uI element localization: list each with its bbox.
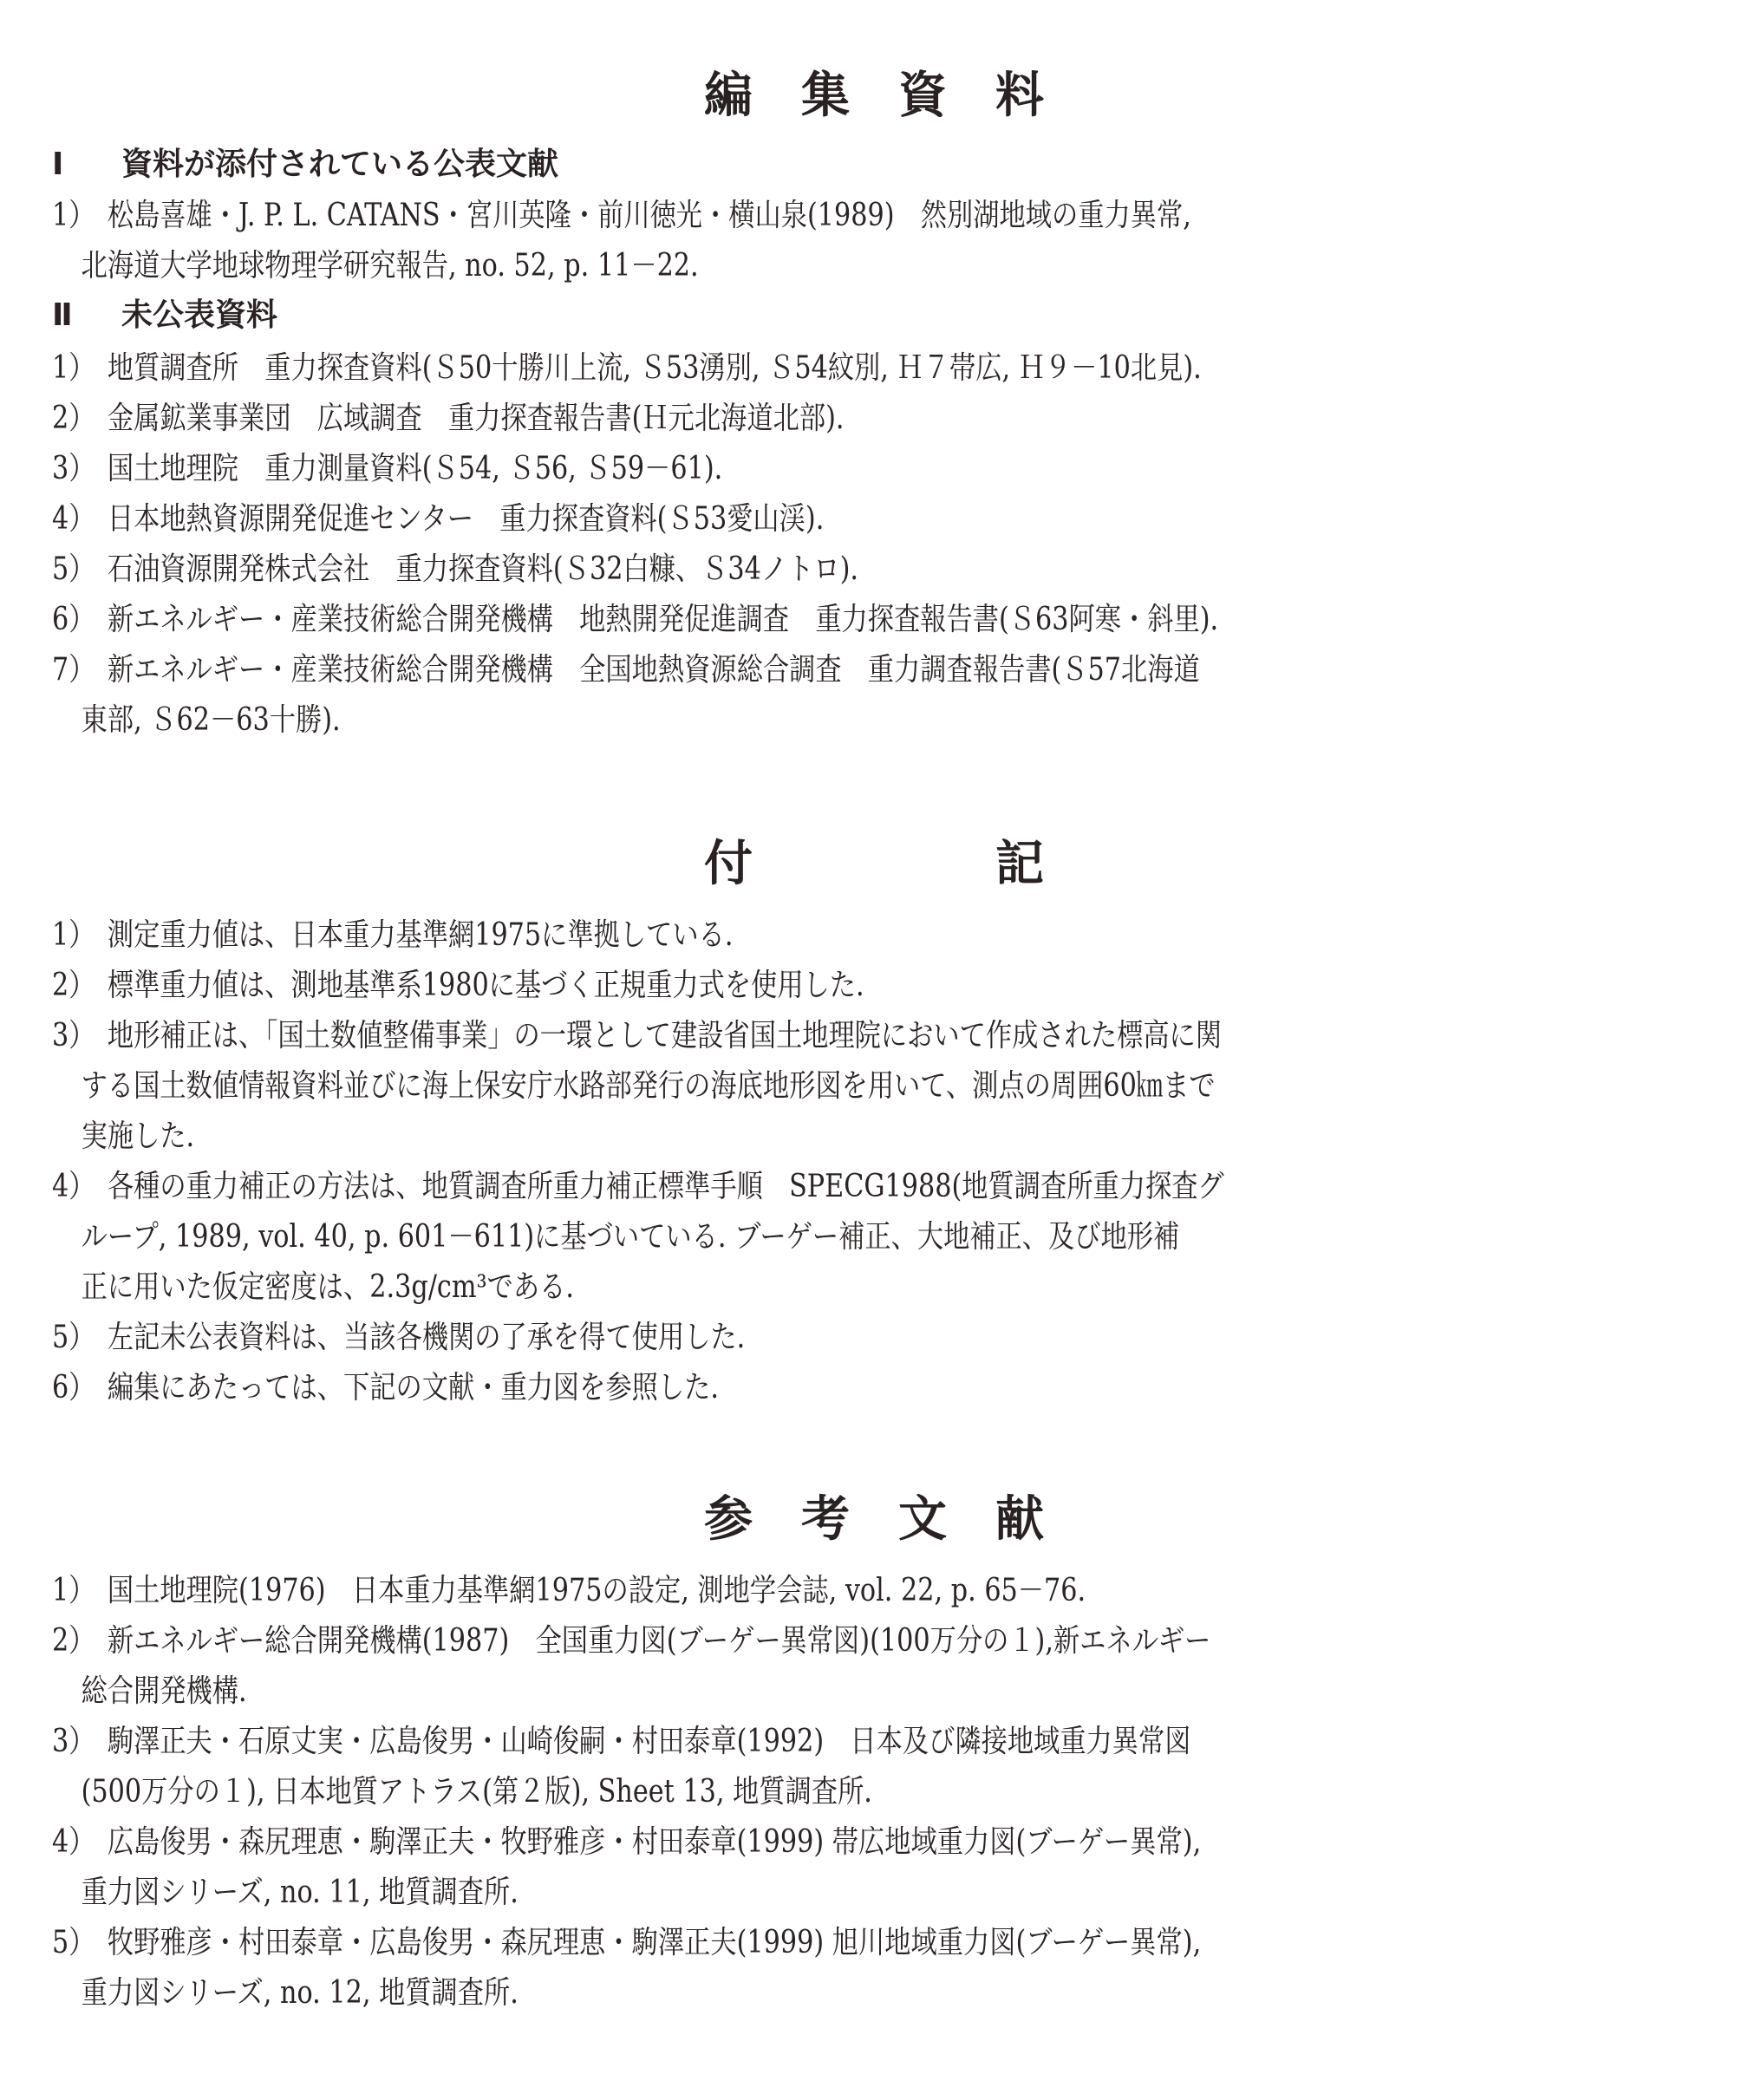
item-line: 5）牧野雅彦・村田泰章・広島俊男・森尻理恵・駒澤正夫(1999) 旭川地域重力図… bbox=[52, 1918, 1436, 1968]
item-line: 実施した. bbox=[52, 1112, 1436, 1162]
unpublished-item-5: 5）石油資源開発株式会社 重力探査資料(Ｓ32白糠、Ｓ34ノトロ). bbox=[52, 545, 1699, 595]
item-index: 2） bbox=[52, 961, 108, 1011]
item-line: 重力図シリーズ, no. 12, 地質調査所. bbox=[52, 1968, 1436, 2018]
note-item-5: 5）左記未公表資料は、当該各機関の了承を得て使用した. bbox=[52, 1313, 1699, 1363]
item-text: 金属鉱業事業団 広域調査 重力探査報告書(Ｈ元北海道北部). bbox=[108, 401, 845, 436]
item-line: 総合開発機構. bbox=[52, 1666, 1436, 1717]
section-title-notes: 付 記 bbox=[0, 834, 1748, 895]
item-text: 駒澤正夫・石原丈実・広島俊男・山崎俊嗣・村田泰章(1992) 日本及び隣接地域重… bbox=[108, 1724, 1191, 1759]
item-index: 3） bbox=[52, 444, 108, 494]
item-index: 6） bbox=[52, 1363, 108, 1413]
item-text: 松島喜雄・J. P. L. CATANS・宮川英隆・前川徳光・横山泉(1989)… bbox=[108, 198, 1191, 233]
item-index: 5） bbox=[52, 1313, 108, 1363]
subheading-label: 資料が添付されている公表文献 bbox=[121, 147, 558, 182]
item-index: 1） bbox=[52, 1566, 108, 1616]
item-text: 標準重力値は、測地基準系1980に基づく正規重力式を使用した. bbox=[108, 968, 864, 1003]
item-text: 広島俊男・森尻理恵・駒澤正夫・牧野雅彦・村田泰章(1999) 帯広地域重力図(ブ… bbox=[108, 1824, 1201, 1860]
item-text: 日本地熱資源開発促進センター 重力探査資料(Ｓ53愛山渓). bbox=[108, 501, 824, 537]
reference-item-2: 2）新エネルギー総合開発機構(1987) 全国重力図(ブーゲー異常図)(100万… bbox=[52, 1616, 1699, 1717]
note-item-1: 1）測定重力値は、日本重力基準網1975に準拠している. bbox=[52, 910, 1699, 961]
item-index: 5） bbox=[52, 1918, 108, 1968]
item-line: 4）各種の重力補正の方法は、地質調査所重力補正標準手順 SPECG1988(地質… bbox=[52, 1162, 1436, 1212]
item-line: 4）日本地熱資源開発促進センター 重力探査資料(Ｓ53愛山渓). bbox=[52, 494, 1436, 545]
note-item-4: 4）各種の重力補正の方法は、地質調査所重力補正標準手順 SPECG1988(地質… bbox=[52, 1162, 1699, 1313]
item-text: 牧野雅彦・村田泰章・広島俊男・森尻理恵・駒澤正夫(1999) 旭川地域重力図(ブ… bbox=[108, 1925, 1201, 1960]
item-index: 1） bbox=[52, 910, 108, 961]
item-line: 東部, Ｓ62－63十勝). bbox=[52, 695, 1436, 746]
item-line: 1）国土地理院(1976) 日本重力基準網1975の設定, 測地学会誌, vol… bbox=[52, 1566, 1436, 1616]
item-index: 1） bbox=[52, 343, 108, 394]
item-text: 各種の重力補正の方法は、地質調査所重力補正標準手順 SPECG1988(地質調査… bbox=[108, 1169, 1224, 1204]
subheading-unpublished-materials: Ⅱ未公表資料 bbox=[52, 295, 277, 336]
item-index: 4） bbox=[52, 1817, 108, 1868]
item-index: 2） bbox=[52, 1616, 108, 1666]
note-item-6: 6）編集にあたっては、下記の文献・重力図を参照した. bbox=[52, 1363, 1699, 1413]
unpublished-item-3: 3）国土地理院 重力測量資料(Ｓ54, Ｓ56, Ｓ59－61). bbox=[52, 444, 1699, 494]
item-index: 6） bbox=[52, 595, 108, 645]
item-index: 2） bbox=[52, 394, 108, 444]
item-index: 1） bbox=[52, 191, 108, 241]
item-line: 7）新エネルギー・産業技術総合開発機構 全国地熱資源総合調査 重力調査報告書(Ｓ… bbox=[52, 645, 1436, 695]
item-line: 北海道大学地球物理学研究報告, no. 52, p. 11－22. bbox=[52, 241, 1436, 291]
item-line: 6）新エネルギー・産業技術総合開発機構 地熱開発促進調査 重力探査報告書(Ｓ63… bbox=[52, 595, 1436, 645]
item-index: 4） bbox=[52, 494, 108, 545]
unpublished-item-7: 7）新エネルギー・産業技術総合開発機構 全国地熱資源総合調査 重力調査報告書(Ｓ… bbox=[52, 645, 1699, 746]
item-text: 地形補正は、「国土数値整備事業」の一環として建設省国土地理院において作成された標… bbox=[108, 1018, 1222, 1053]
unpublished-item-1: 1）地質調査所 重力探査資料(Ｓ50十勝川上流, Ｓ53湧別, Ｓ54紋別, Ｈ… bbox=[52, 343, 1699, 394]
item-line: 2）標準重力値は、測地基準系1980に基づく正規重力式を使用した. bbox=[52, 961, 1436, 1011]
item-text: 石油資源開発株式会社 重力探査資料(Ｓ32白糠、Ｓ34ノトロ). bbox=[108, 551, 858, 587]
item-line: 5）石油資源開発株式会社 重力探査資料(Ｓ32白糠、Ｓ34ノトロ). bbox=[52, 545, 1436, 595]
section-title-edit-materials: 編 集 資 料 bbox=[0, 66, 1748, 127]
unpublished-item-2: 2）金属鉱業事業団 広域調査 重力探査報告書(Ｈ元北海道北部). bbox=[52, 394, 1699, 444]
reference-item-3: 3）駒澤正夫・石原丈実・広島俊男・山崎俊嗣・村田泰章(1992) 日本及び隣接地… bbox=[52, 1717, 1699, 1817]
item-line: 2）金属鉱業事業団 広域調査 重力探査報告書(Ｈ元北海道北部). bbox=[52, 394, 1436, 444]
item-line: 3）国土地理院 重力測量資料(Ｓ54, Ｓ56, Ｓ59－61). bbox=[52, 444, 1436, 494]
published-item-1: 1）松島喜雄・J. P. L. CATANS・宮川英隆・前川徳光・横山泉(198… bbox=[52, 191, 1699, 291]
reference-item-4: 4）広島俊男・森尻理恵・駒澤正夫・牧野雅彦・村田泰章(1999) 帯広地域重力図… bbox=[52, 1817, 1699, 1918]
item-text: 国土地理院(1976) 日本重力基準網1975の設定, 測地学会誌, vol. … bbox=[108, 1573, 1086, 1608]
item-line: 正に用いた仮定密度は、2.3g/cm³である. bbox=[52, 1262, 1436, 1313]
item-text: 新エネルギー・産業技術総合開発機構 地熱開発促進調査 重力探査報告書(Ｓ63阿寒… bbox=[108, 602, 1218, 637]
item-line: 重力図シリーズ, no. 11, 地質調査所. bbox=[52, 1868, 1436, 1918]
item-index: 3） bbox=[52, 1011, 108, 1061]
item-line: (500万分の１), 日本地質アトラス(第２版), Sheet 13, 地質調査… bbox=[52, 1767, 1436, 1817]
subheading-label: 未公表資料 bbox=[121, 297, 277, 333]
note-item-3: 3）地形補正は、「国土数値整備事業」の一環として建設省国土地理院において作成され… bbox=[52, 1011, 1699, 1162]
note-item-2: 2）標準重力値は、測地基準系1980に基づく正規重力式を使用した. bbox=[52, 961, 1699, 1011]
item-text: 左記未公表資料は、当該各機関の了承を得て使用した. bbox=[108, 1320, 745, 1355]
item-text: 測定重力値は、日本重力基準網1975に準拠している. bbox=[108, 917, 734, 953]
item-line: 3）地形補正は、「国土数値整備事業」の一環として建設省国土地理院において作成され… bbox=[52, 1011, 1436, 1061]
item-line: する国土数値情報資料並びに海上保安庁水路部発行の海底地形図を用いて、測点の周囲6… bbox=[52, 1061, 1436, 1112]
item-line: 4）広島俊男・森尻理恵・駒澤正夫・牧野雅彦・村田泰章(1999) 帯広地域重力図… bbox=[52, 1817, 1436, 1868]
item-index: 7） bbox=[52, 645, 108, 695]
reference-item-5: 5）牧野雅彦・村田泰章・広島俊男・森尻理恵・駒澤正夫(1999) 旭川地域重力図… bbox=[52, 1918, 1699, 2018]
item-index: 5） bbox=[52, 545, 108, 595]
item-line: 1）松島喜雄・J. P. L. CATANS・宮川英隆・前川徳光・横山泉(198… bbox=[52, 191, 1436, 241]
reference-item-1: 1）国土地理院(1976) 日本重力基準網1975の設定, 測地学会誌, vol… bbox=[52, 1566, 1699, 1616]
item-line: 5）左記未公表資料は、当該各機関の了承を得て使用した. bbox=[52, 1313, 1436, 1363]
subheading-number: Ⅱ bbox=[52, 295, 121, 336]
item-text: 地質調査所 重力探査資料(Ｓ50十勝川上流, Ｓ53湧別, Ｓ54紋別, Ｈ７帯… bbox=[108, 350, 1202, 386]
item-line: 6）編集にあたっては、下記の文献・重力図を参照した. bbox=[52, 1363, 1436, 1413]
item-index: 4） bbox=[52, 1162, 108, 1212]
subheading-published-literature: Ⅰ資料が添付されている公表文献 bbox=[52, 144, 558, 186]
item-line: 3）駒澤正夫・石原丈実・広島俊男・山崎俊嗣・村田泰章(1992) 日本及び隣接地… bbox=[52, 1717, 1436, 1767]
document-page: 編 集 資 料 Ⅰ資料が添付されている公表文献 1）松島喜雄・J. P. L. … bbox=[0, 0, 1748, 2100]
section-title-references: 参 考 文 献 bbox=[0, 1490, 1748, 1550]
item-line: 2）新エネルギー総合開発機構(1987) 全国重力図(ブーゲー異常図)(100万… bbox=[52, 1616, 1436, 1666]
item-text: 国土地理院 重力測量資料(Ｓ54, Ｓ56, Ｓ59－61). bbox=[108, 451, 722, 486]
item-index: 3） bbox=[52, 1717, 108, 1767]
item-line: ループ, 1989, vol. 40, p. 601－611)に基づいている. … bbox=[52, 1212, 1436, 1262]
item-text: 編集にあたっては、下記の文献・重力図を参照した. bbox=[108, 1370, 719, 1405]
item-line: 1）地質調査所 重力探査資料(Ｓ50十勝川上流, Ｓ53湧別, Ｓ54紋別, Ｈ… bbox=[52, 343, 1436, 394]
item-text: 新エネルギー・産業技術総合開発機構 全国地熱資源総合調査 重力調査報告書(Ｓ57… bbox=[108, 652, 1200, 688]
unpublished-item-6: 6）新エネルギー・産業技術総合開発機構 地熱開発促進調査 重力探査報告書(Ｓ63… bbox=[52, 595, 1699, 645]
item-text: 新エネルギー総合開発機構(1987) 全国重力図(ブーゲー異常図)(100万分の… bbox=[108, 1623, 1211, 1659]
item-line: 1）測定重力値は、日本重力基準網1975に準拠している. bbox=[52, 910, 1436, 961]
subheading-number: Ⅰ bbox=[52, 144, 121, 186]
unpublished-item-4: 4）日本地熱資源開発促進センター 重力探査資料(Ｓ53愛山渓). bbox=[52, 494, 1699, 545]
